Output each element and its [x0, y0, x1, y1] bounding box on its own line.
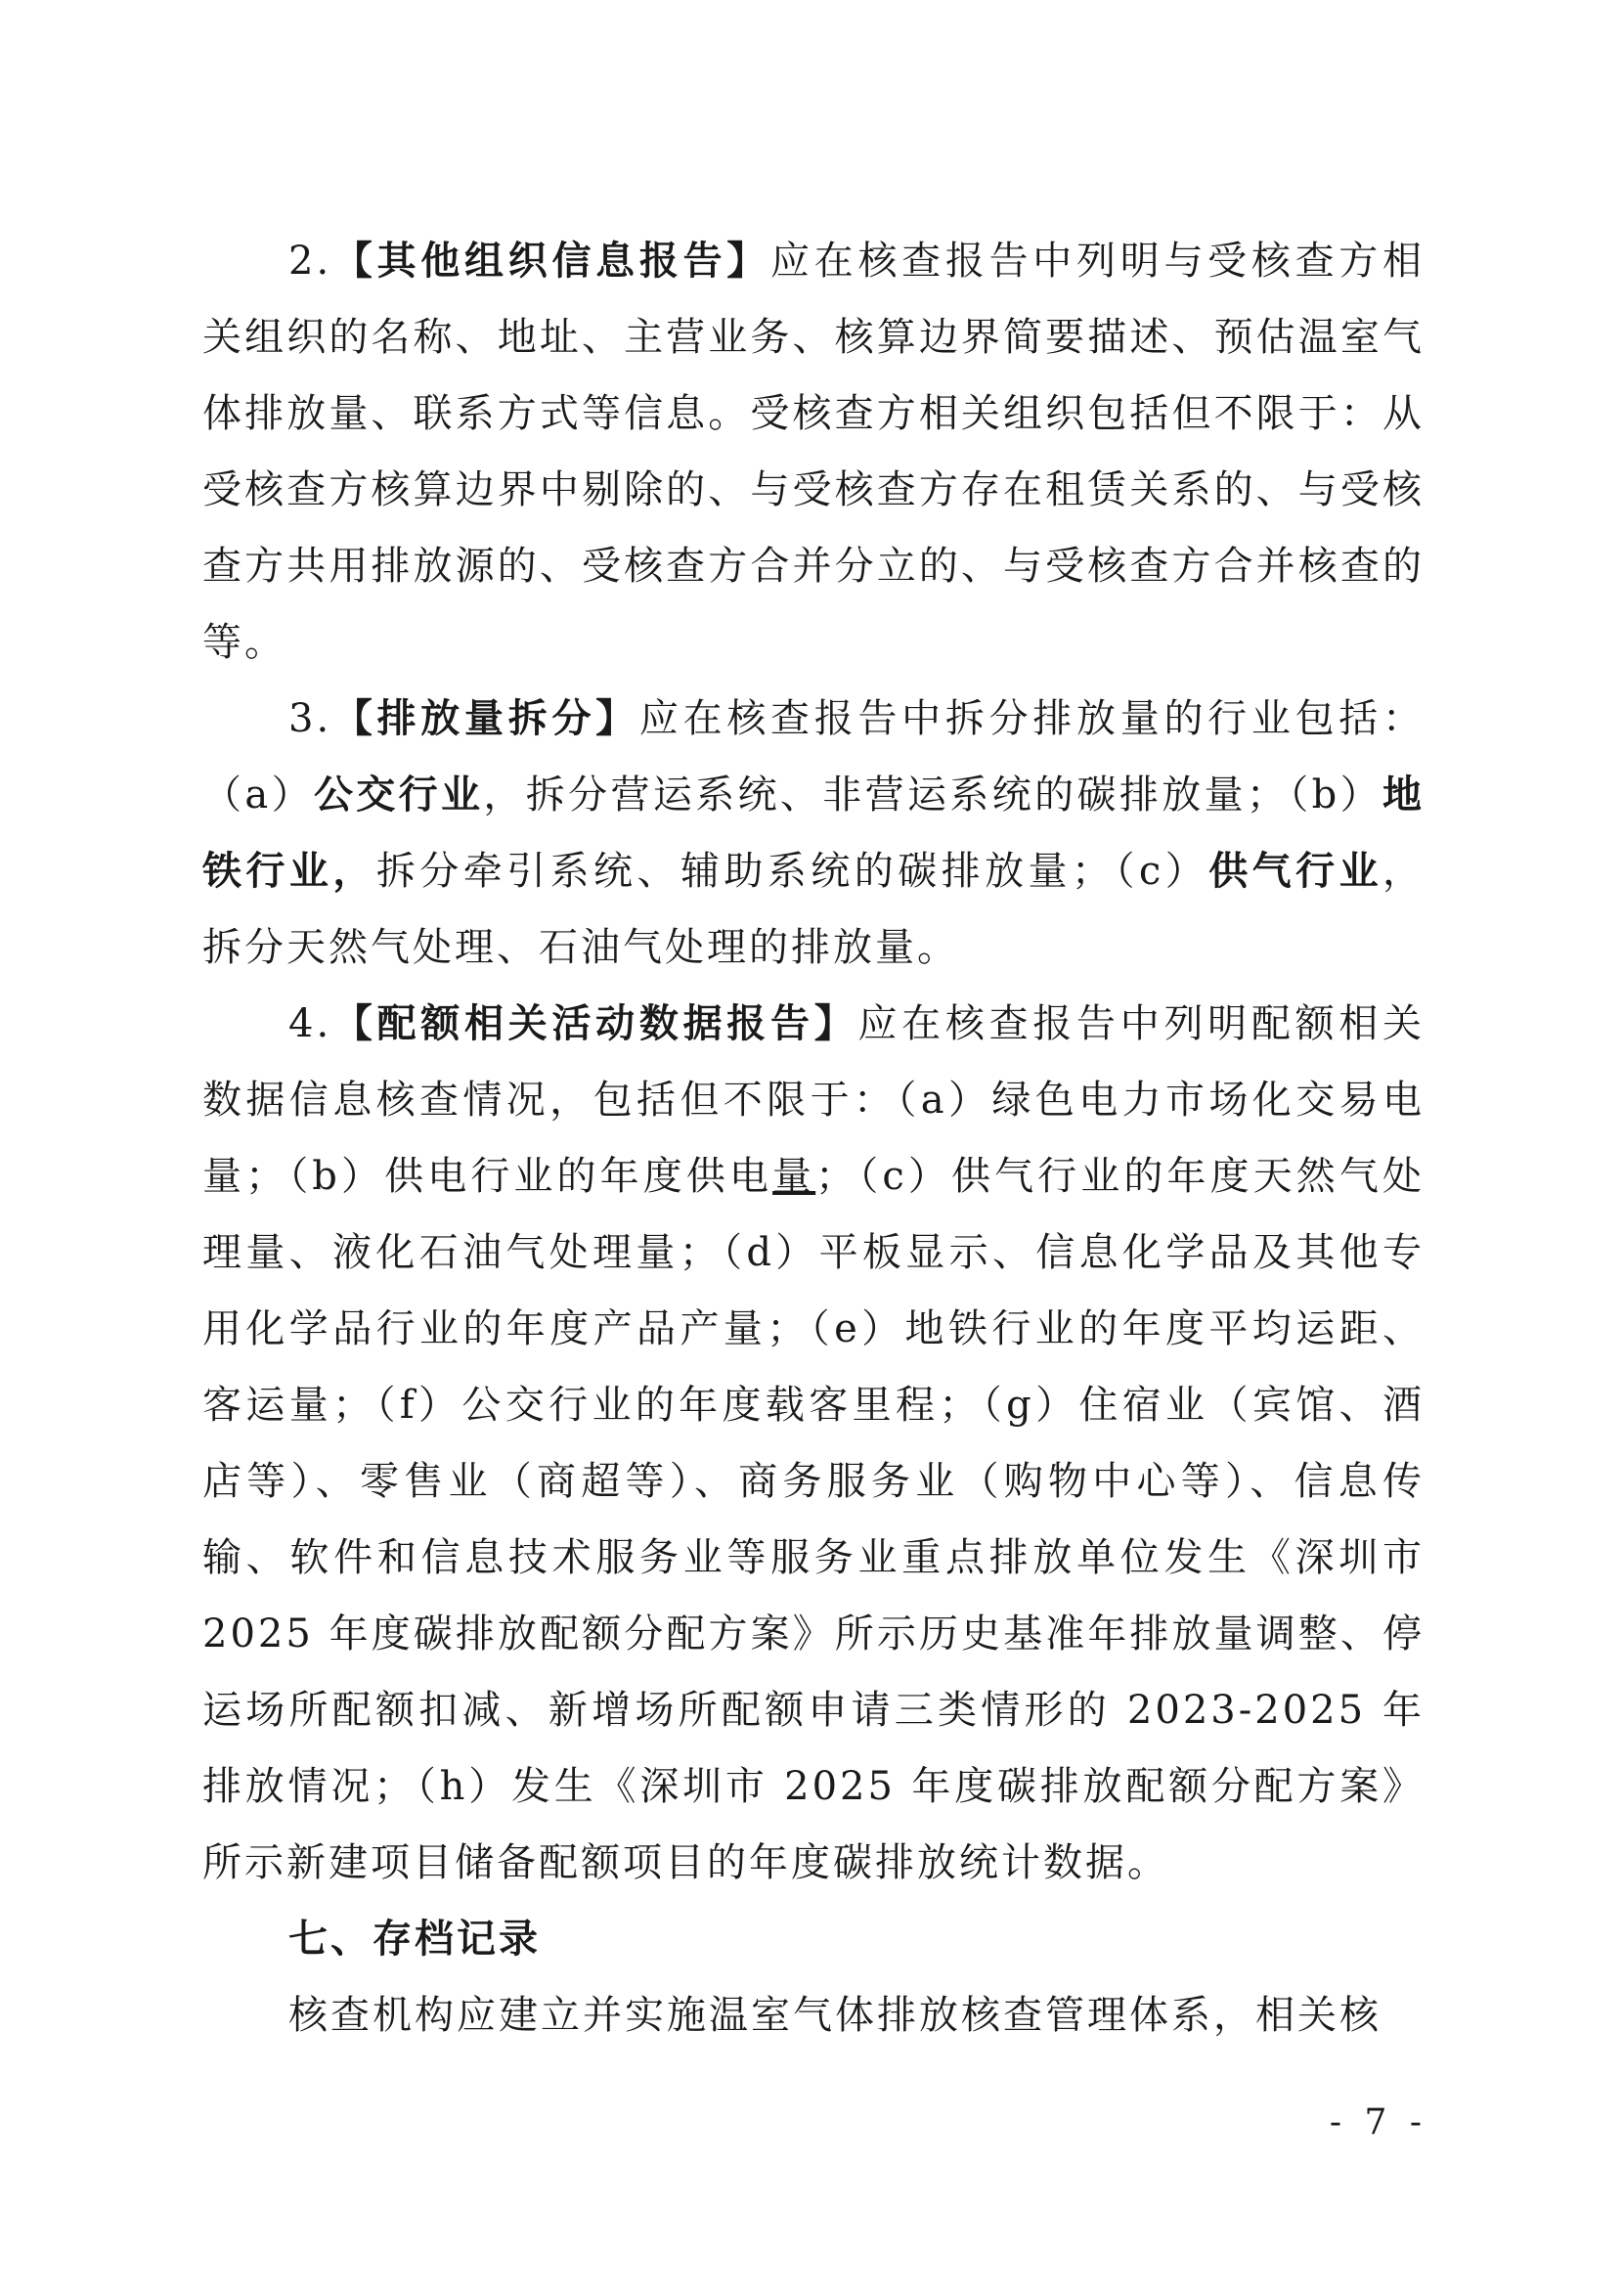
label-b: （b）: [1289, 773, 1382, 817]
section-heading-archive-records: 七、存档记录: [202, 1901, 1425, 1977]
item-text: 应在核查报告中列明与受核查方相关组织的名称、地址、主营业务、核算边界简要描述、预…: [202, 239, 1425, 665]
item-number: 3.: [288, 696, 331, 741]
text-a: ，拆分营运系统、非营运系统的碳排放量；: [483, 773, 1289, 817]
underlined-char: 量: [772, 1154, 815, 1199]
text-b: 拆分牵引系统、辅助系统的碳排放量；: [376, 849, 1114, 894]
item-title: 【其他组织信息报告】: [331, 239, 770, 284]
industry-bus: 公交行业: [314, 773, 483, 817]
document-page: 2.【其他组织信息报告】应在核查报告中列明与受核查方相关组织的名称、地址、主营业…: [202, 223, 1425, 2053]
item-number: 2.: [288, 239, 331, 284]
paragraph-archive-records: 核查机构应建立并实施温室气体排放核查管理体系，相关核: [202, 1977, 1425, 2053]
paragraph-quota-activity-data: 4.【配额相关活动数据报告】应在核查报告中列明配额相关数据信息核查情况，包括但不…: [202, 986, 1425, 1901]
item-number: 4.: [288, 1001, 331, 1046]
item-text-2: ；（c）供气行业的年度天然气处理量、液化石油气处理量；（d）平板显示、信息化学品…: [202, 1154, 1425, 1885]
industry-gas: 供气行业: [1208, 849, 1382, 894]
item-intro: 应在核查报告中拆分排放量的行业包括：: [639, 696, 1425, 741]
label-a: （a）: [202, 773, 314, 817]
paragraph-emission-split: 3.【排放量拆分】应在核查报告中拆分排放量的行业包括：（a）公交行业，拆分营运系…: [202, 681, 1425, 986]
label-c: （c）: [1114, 849, 1208, 894]
page-number: - 7 -: [1330, 2102, 1427, 2142]
paragraph-other-org-report: 2.【其他组织信息报告】应在核查报告中列明与受核查方相关组织的名称、地址、主营业…: [202, 223, 1425, 681]
item-title: 【配额相关活动数据报告】: [331, 1001, 857, 1046]
item-title: 【排放量拆分】: [331, 696, 639, 741]
